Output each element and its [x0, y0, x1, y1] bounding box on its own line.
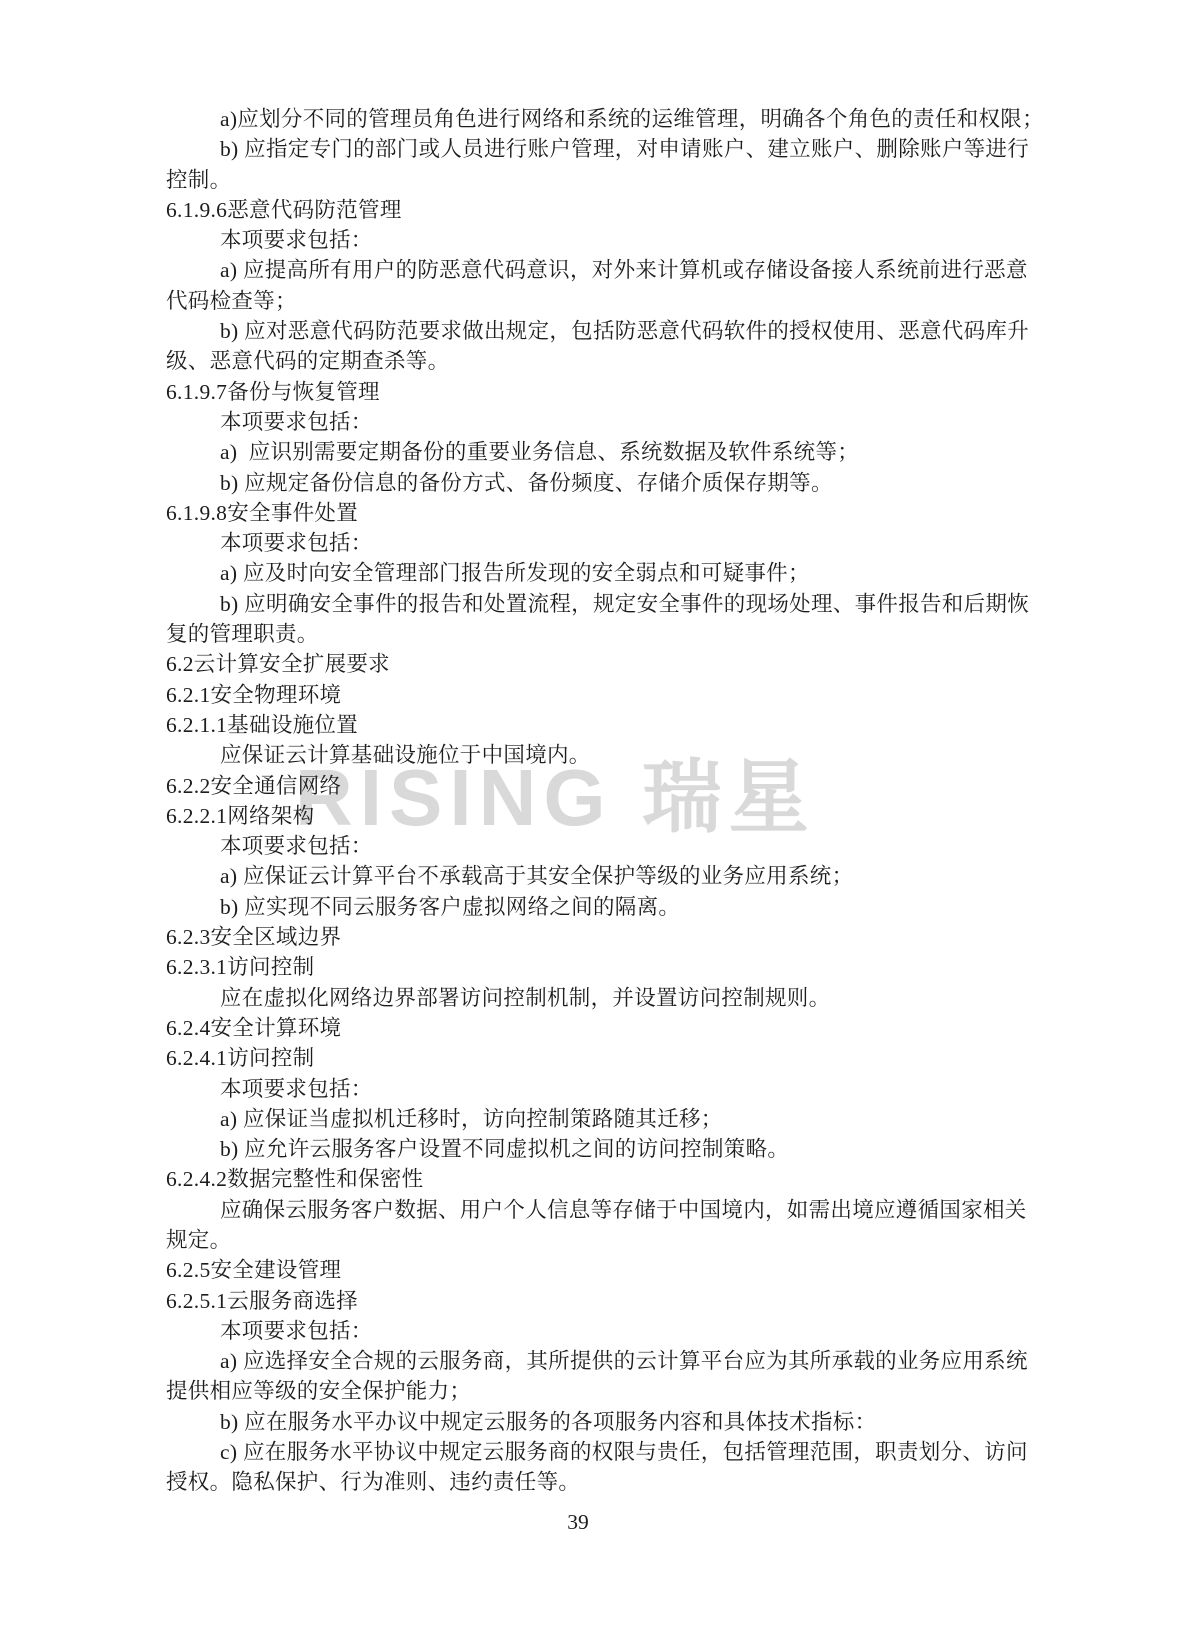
text-line: 6.2.2安全通信网络	[166, 771, 990, 801]
text-line: 复的管理职责。	[166, 619, 990, 649]
text-line: a) 应选择安全合规的云服务商，其所提供的云计算平台应为其所承载的业务应用系统	[166, 1346, 990, 1376]
text-line: 6.2.4安全计算环境	[166, 1013, 990, 1043]
text-line: 应在虚拟化网络边界部署访问控制机制，并设置访问控制规则。	[166, 983, 990, 1013]
text-line: a) 应及时向安全管理部门报告所发现的安全弱点和可疑事件；	[166, 558, 990, 588]
text-line: 6.2.1.1基础设施位置	[166, 710, 990, 740]
text-line: 本项要求包括：	[166, 225, 990, 255]
text-line: 6.2.1安全物理环境	[166, 680, 990, 710]
text-line: 6.2.5.1云服务商选择	[166, 1286, 990, 1316]
text-line: 本项要求包括：	[166, 831, 990, 861]
text-line: a) 应识别需要定期备份的重要业务信息、系统数据及软件系统等；	[166, 437, 990, 467]
text-line: 6.2.3安全区域边界	[166, 922, 990, 952]
text-line: 授权。隐私保护、行为准则、违约责任等。	[166, 1467, 990, 1497]
text-line: a)应划分不同的管理员角色进行网络和系统的运维管理，明确各个角色的责任和权限；	[166, 104, 990, 134]
text-line: 6.2.3.1访问控制	[166, 952, 990, 982]
text-line: 代码检查等；	[166, 286, 990, 316]
text-line: 级、恶意代码的定期查杀等。	[166, 346, 990, 376]
text-line: 6.2.4.2数据完整性和保密性	[166, 1164, 990, 1194]
text-line: 6.1.9.7备份与恢复管理	[166, 377, 990, 407]
text-line: 6.1.9.6恶意代码防范管理	[166, 195, 990, 225]
text-line: b) 应指定专门的部门或人员进行账户管理，对申请账户、建立账户、删除账户等进行	[166, 134, 990, 164]
text-line: 6.2.2.1网络架构	[166, 801, 990, 831]
text-line: 应确保云服务客户数据、用户个人信息等存储于中国境内，如需出境应遵循国家相关	[166, 1195, 990, 1225]
document-page: RISING 瑞星 a)应划分不同的管理员角色进行网络和系统的运维管理，明确各个…	[0, 0, 1199, 1627]
text-line: 6.1.9.8安全事件处置	[166, 498, 990, 528]
text-line: 6.2.5安全建设管理	[166, 1255, 990, 1285]
text-line: 应保证云计算基础设施位于中国境内。	[166, 740, 990, 770]
text-line: a) 应保证云计算平台不承载高于其安全保护等级的业务应用系统；	[166, 861, 990, 891]
text-line: b) 应实现不同云服务客户虚拟网络之间的隔离。	[166, 892, 990, 922]
text-line: b) 应允许云服务客户设置不同虚拟机之间的访问控制策略。	[166, 1134, 990, 1164]
text-line: b) 应规定备份信息的备份方式、备份频度、存储介质保存期等。	[166, 468, 990, 498]
text-line: 本项要求包括：	[166, 407, 990, 437]
text-line: b) 应在服务水平办议中规定云服务的各项服务内容和具体技术指标：	[166, 1407, 990, 1437]
document-body: a)应划分不同的管理员角色进行网络和系统的运维管理，明确各个角色的责任和权限；b…	[166, 104, 990, 1498]
text-line: 本项要求包括：	[166, 1074, 990, 1104]
text-line: c) 应在服务水平协议中规定云服务商的权限与贵任，包括管理范围，职责划分、访问	[166, 1437, 990, 1467]
text-line: b) 应对恶意代码防范要求做出规定，包括防恶意代码软件的授权使用、恶意代码库升	[166, 316, 990, 346]
text-line: 提供相应等级的安全保护能力；	[166, 1376, 990, 1406]
page-number: 39	[166, 1510, 990, 1535]
text-line: 控制。	[166, 165, 990, 195]
text-line: 本项要求包括：	[166, 1316, 990, 1346]
text-line: 本项要求包括：	[166, 528, 990, 558]
text-line: a) 应保证当虚拟机迁移时，访向控制策路随其迁移；	[166, 1104, 990, 1134]
text-line: 规定。	[166, 1225, 990, 1255]
text-line: 6.2云计算安全扩展要求	[166, 649, 990, 679]
text-line: b) 应明确安全事件的报告和处置流程，规定安全事件的现场处理、事件报告和后期恢	[166, 589, 990, 619]
text-line: a) 应提高所有用户的防恶意代码意识，对外来计算机或存储设备接人系统前进行恶意	[166, 255, 990, 285]
text-line: 6.2.4.1访问控制	[166, 1043, 990, 1073]
